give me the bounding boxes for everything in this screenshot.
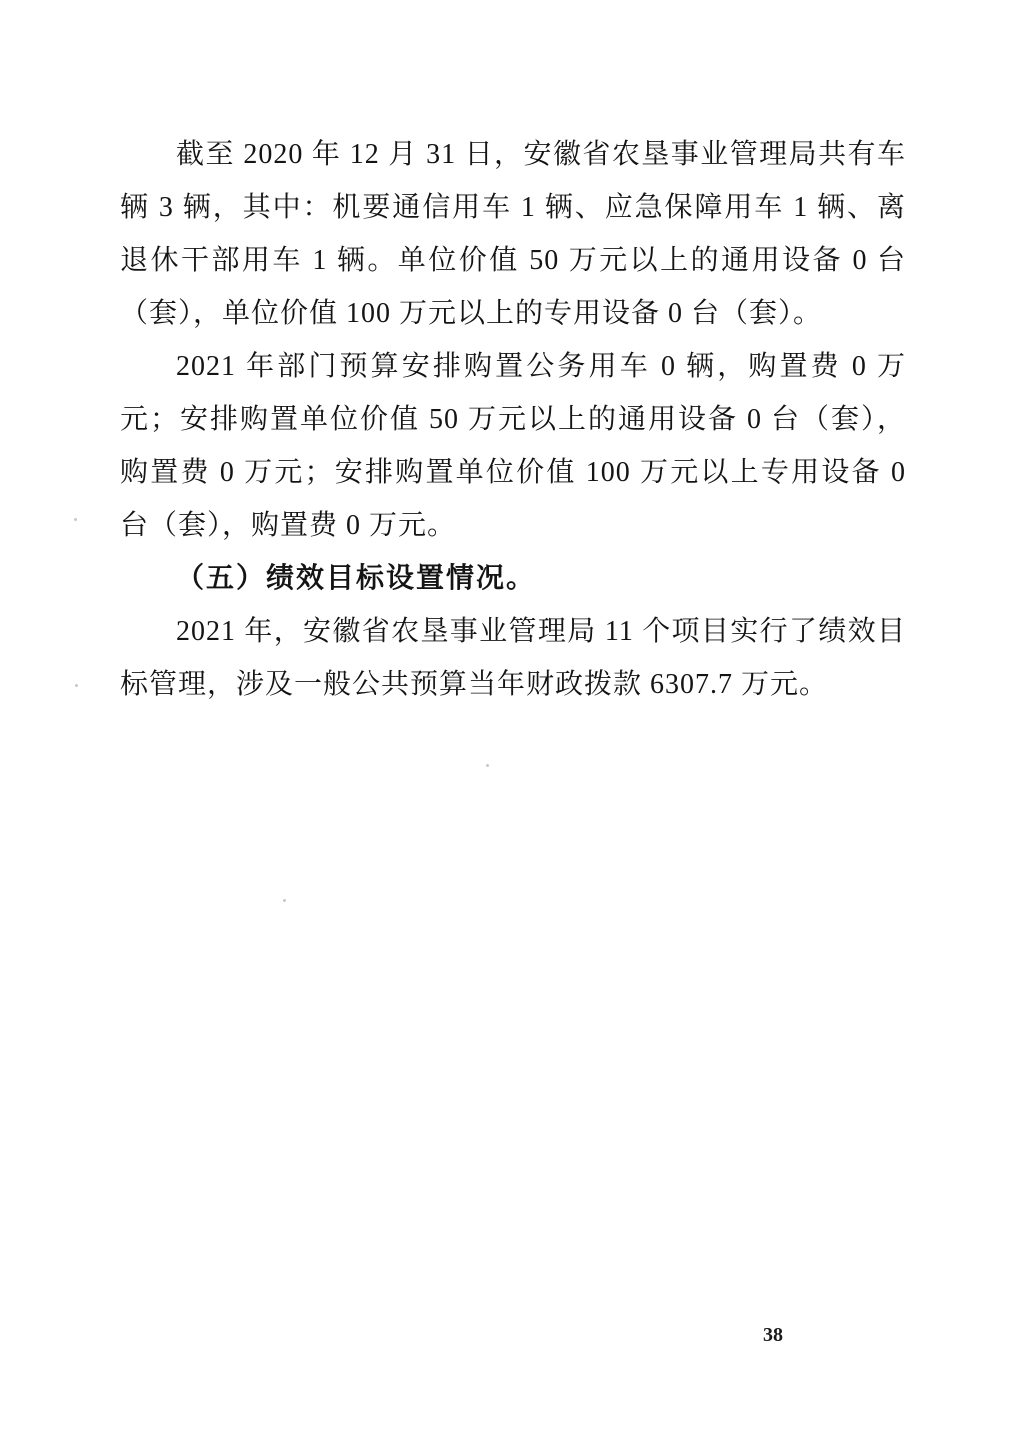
scan-speck — [486, 764, 489, 767]
paragraph-2021-procurement-budget: 2021 年部门预算安排购置公务用车 0 辆，购置费 0 万元；安排购置单位价值… — [120, 340, 906, 552]
scan-speck — [333, 632, 336, 634]
scan-speck — [75, 684, 78, 687]
page-number: 38 — [763, 1324, 783, 1347]
scan-speck — [283, 899, 286, 902]
paragraph-performance-target-management: 2021 年，安徽省农垦事业管理局 11 个项目实行了绩效目标管理，涉及一般公共… — [120, 605, 906, 711]
document-body: 截至 2020 年 12 月 31 日，安徽省农垦事业管理局共有车辆 3 辆，其… — [120, 128, 906, 711]
scan-speck — [74, 518, 77, 521]
document-page: 截至 2020 年 12 月 31 日，安徽省农垦事业管理局共有车辆 3 辆，其… — [0, 0, 1024, 1454]
section-heading-performance-target-setup: （五）绩效目标设置情况。 — [120, 552, 906, 605]
paragraph-vehicle-asset-summary: 截至 2020 年 12 月 31 日，安徽省农垦事业管理局共有车辆 3 辆，其… — [120, 128, 906, 340]
